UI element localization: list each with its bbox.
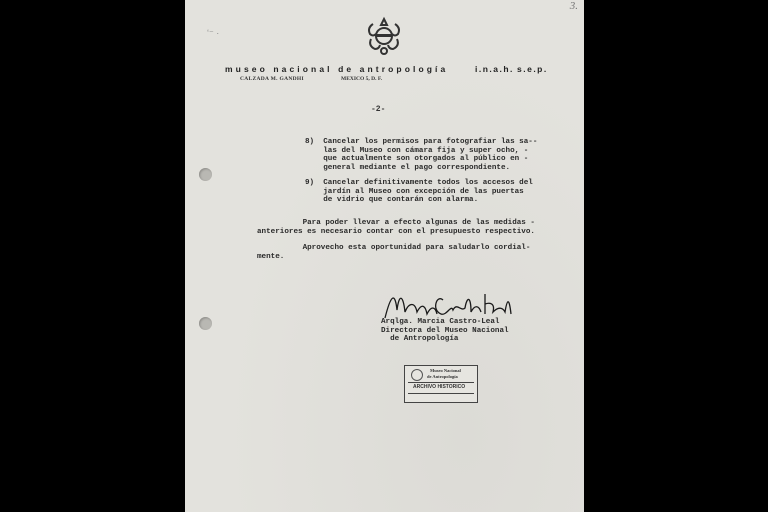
seal-icon xyxy=(411,369,423,381)
punch-hole xyxy=(199,168,212,181)
page-marker: -2- xyxy=(371,105,385,114)
letterhead-agency-inah: i.n.a.h. xyxy=(475,64,514,74)
letterhead-agency-sep: s.e.p. xyxy=(517,64,548,74)
archive-stamp: Museo Nacional de Antropología ARCHIVO H… xyxy=(404,365,478,403)
list-item-9: 9) Cancelar definitivamente todos los ac… xyxy=(305,179,533,205)
list-item-8: 8) Cancelar los permisos para fotografia… xyxy=(305,138,537,172)
letterhead-address: CALZADA M. GANDHI xyxy=(240,76,304,82)
letterhead-institution: museo nacional de antropología xyxy=(225,64,448,74)
stamp-line-3: ARCHIVO HISTORICO xyxy=(413,384,465,390)
signature-block: Arqlga. Marcia Castro-Leal Directora del… xyxy=(381,318,509,344)
paragraph-budget: Para poder llevar a efecto algunas de la… xyxy=(257,219,535,236)
stamp-line-1: Museo Nacional xyxy=(430,368,461,373)
punch-hole xyxy=(199,317,212,330)
margin-mark: ʻ⁻ · xyxy=(207,28,219,39)
letterhead-city: MEXICO 5, D. F. xyxy=(341,76,382,82)
page-corner-number: 3. xyxy=(570,0,578,12)
document-page: 3. ʻ⁻ · museo nacional de antropología i… xyxy=(185,0,584,512)
stamp-rule xyxy=(408,382,474,383)
museum-logo-icon xyxy=(363,15,405,57)
stamp-rule xyxy=(408,393,474,394)
paragraph-closing: Aprovecho esta oportunidad para saludarl… xyxy=(257,244,530,261)
stamp-line-2: de Antropología xyxy=(427,374,458,379)
